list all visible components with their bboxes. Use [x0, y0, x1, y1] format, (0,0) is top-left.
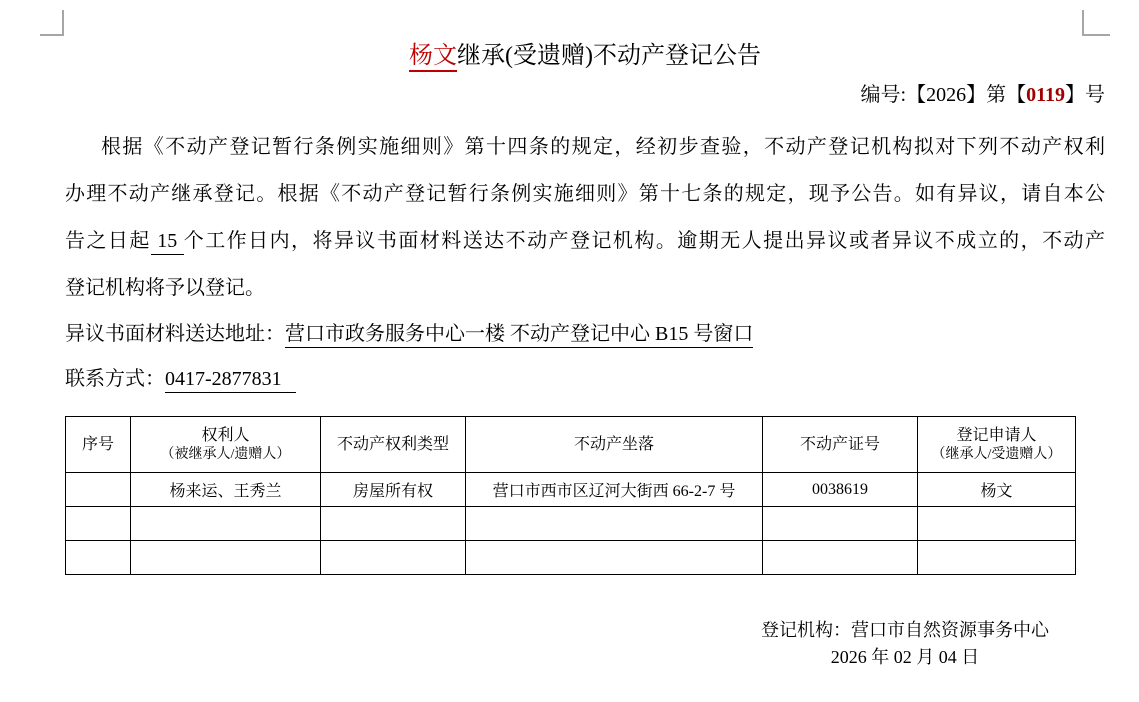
- cell-property-location: [466, 507, 763, 541]
- notice-date: 2026 年 02 月 04 日: [665, 644, 1139, 671]
- objection-address-label: 异议书面材料送达地址：: [65, 323, 285, 345]
- cell-right-type: [321, 507, 466, 541]
- body-line-1: 根据《不动产登记暂行条例实施细则》第十四条的规定，经初步查验，不动产登记机构拟对…: [65, 124, 1105, 171]
- cell-right-holder: [131, 507, 321, 541]
- header-seq: 序号: [66, 417, 131, 473]
- header-certificate-no: 不动产证号: [763, 417, 918, 473]
- page-title: 杨文继承(受遗赠)不动产登记公告: [65, 38, 1105, 74]
- objection-address-value: 营口市政务服务中心一楼 不动产登记中心 B15 号窗口: [285, 323, 753, 348]
- page-margin-mark-top-left: [40, 10, 64, 36]
- cell-seq: [66, 541, 131, 575]
- table-header-row: 序号 权利人 （被继承人/遗赠人） 不动产权利类型 不动产坐落 不动产证号: [66, 417, 1076, 473]
- cell-certificate-no: [763, 541, 918, 575]
- objection-address-line: 异议书面材料送达地址：营口市政务服务中心一楼 不动产登记中心 B15 号窗口: [65, 312, 1105, 357]
- applicant-name: 杨文: [409, 43, 457, 72]
- doc-number-line: 编号:【2026】第【0119】号: [65, 80, 1105, 110]
- contact-label: 联系方式：: [65, 368, 165, 390]
- table-row: 杨来运、王秀兰 房屋所有权 营口市西市区辽河大街西 66-2-7 号 00386…: [66, 473, 1076, 507]
- registration-agency: 登记机构：营口市自然资源事务中心: [665, 617, 1139, 644]
- table-row: [66, 541, 1076, 575]
- cell-right-type: [321, 541, 466, 575]
- doc-number-value: 0119: [1026, 84, 1065, 106]
- header-right-type: 不动产权利类型: [321, 417, 466, 473]
- footer-block: 登记机构：营口市自然资源事务中心 2026 年 02 月 04 日: [665, 617, 1139, 671]
- notice-body: 根据《不动产登记暂行条例实施细则》第十四条的规定，经初步查验，不动产登记机构拟对…: [65, 124, 1105, 312]
- header-right-holder: 权利人 （被继承人/遗赠人）: [131, 417, 321, 473]
- cell-right-type: 房屋所有权: [321, 473, 466, 507]
- cell-certificate-no: [763, 507, 918, 541]
- body-line-3-post: 个工作日内，将异议书面材料送达不动产登记机构。逾期无人提出异议或者异议不成立的，…: [184, 230, 1105, 252]
- doc-number-suffix: 】号: [1065, 84, 1105, 106]
- contact-phone-value: 0417-2877831: [165, 368, 296, 393]
- notice-document-page: { "document": { "title": { "applicant": …: [0, 0, 1139, 702]
- title-text: 继承(受遗赠)不动产登记公告: [457, 43, 761, 69]
- cell-right-holder: [131, 541, 321, 575]
- header-property-location: 不动产坐落: [466, 417, 763, 473]
- body-line-3: 告之日起 15 个工作日内，将异议书面材料送达不动产登记机构。逾期无人提出异议或…: [65, 218, 1105, 265]
- body-line-3-pre: 告之日起: [65, 230, 151, 252]
- cell-applicant: [918, 541, 1076, 575]
- cell-property-location: [466, 541, 763, 575]
- cell-certificate-no: 0038619: [763, 473, 918, 507]
- registration-table: 序号 权利人 （被继承人/遗赠人） 不动产权利类型 不动产坐落 不动产证号: [65, 416, 1076, 575]
- objection-days-value: 15: [151, 230, 184, 255]
- table-row: [66, 507, 1076, 541]
- document-content: 杨文继承(受遗赠)不动产登记公告 编号:【2026】第【0119】号 根据《不动…: [0, 38, 1139, 671]
- body-line-2: 办理不动产继承登记。根据《不动产登记暂行条例实施细则》第十七条的规定，现予公告。…: [65, 171, 1105, 218]
- doc-number-prefix: 编号:【2026】第【: [861, 84, 1027, 106]
- cell-applicant: 杨文: [918, 473, 1076, 507]
- body-line-4: 登记机构将予以登记。: [65, 265, 1105, 312]
- cell-seq: [66, 473, 131, 507]
- header-applicant: 登记申请人 （继承人/受遗赠人）: [918, 417, 1076, 473]
- page-margin-mark-top-right: [1082, 10, 1110, 36]
- cell-seq: [66, 507, 131, 541]
- cell-applicant: [918, 507, 1076, 541]
- cell-right-holder: 杨来运、王秀兰: [131, 473, 321, 507]
- cell-property-location: 营口市西市区辽河大街西 66-2-7 号: [466, 473, 763, 507]
- contact-line: 联系方式：0417-2877831: [65, 357, 1105, 402]
